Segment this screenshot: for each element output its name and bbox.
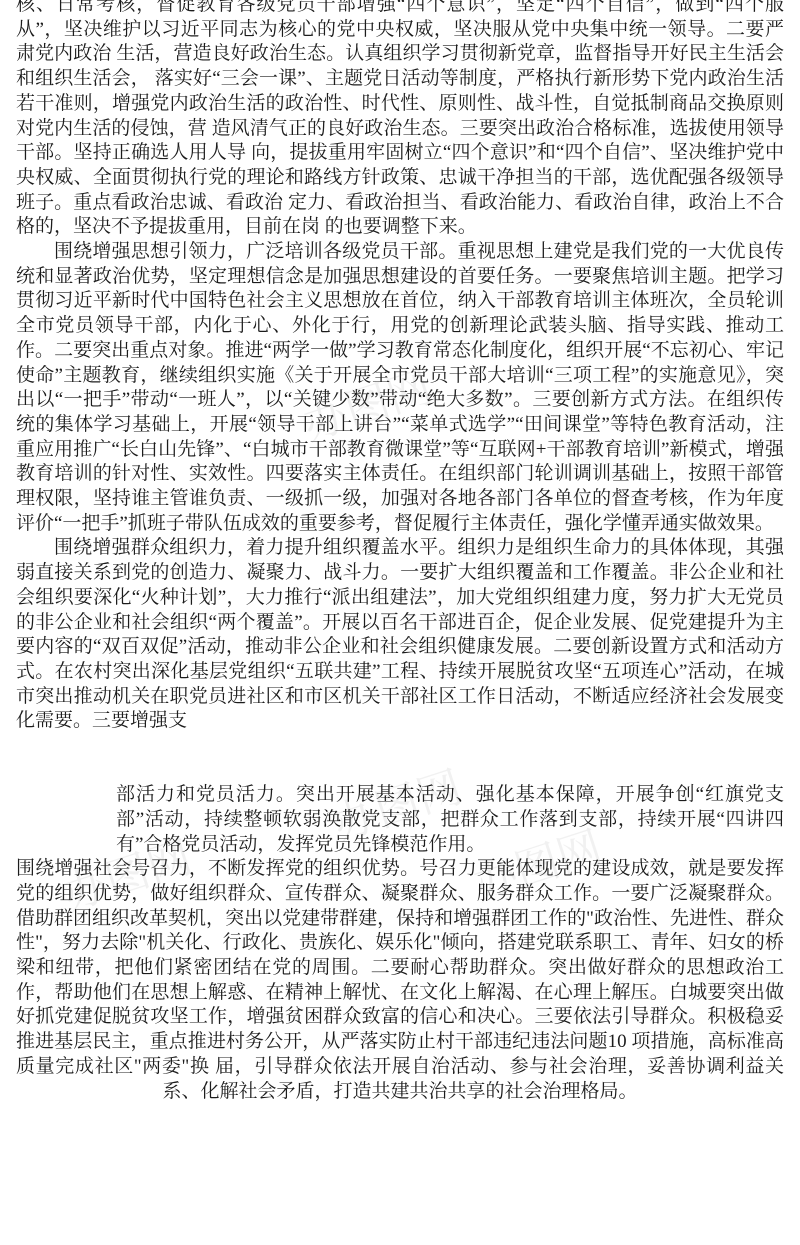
paragraph-mass-organization: 围绕增强群众组织力，着力提升组织覆盖水平。组织力是组织生命力的具体体现，其强弱直… [16, 536, 784, 734]
paragraph-social-appeal: 围绕增强社会号召力，不断发挥党的组织优势。号召力更能体现党的建设成效，就是要发挥… [16, 857, 784, 1104]
document-page: 办图网 办图网 办图网 办图网 核、日常考核，督促教育各级党员干部增强“四个意识… [0, 0, 800, 1245]
paragraph-political-standards: 核、日常考核，督促教育各级党员干部增强“四个意识”，坚定“四个自信”，做到“四个… [16, 0, 784, 240]
document-body: 核、日常考核，督促教育各级党员干部增强“四个意识”，坚定“四个自信”，做到“四个… [0, 0, 800, 1104]
paragraph-ideological-leadership: 围绕增强思想引领力，广泛培训各级党员干部。重视思想上建党是我们党的一大优良传统和… [16, 240, 784, 536]
paragraph-branch-vitality-continuation: 部活力和党员活力。突出开展基本活动、强化基本保障，开展争创“红旗党支部”活动，持… [116, 783, 784, 857]
